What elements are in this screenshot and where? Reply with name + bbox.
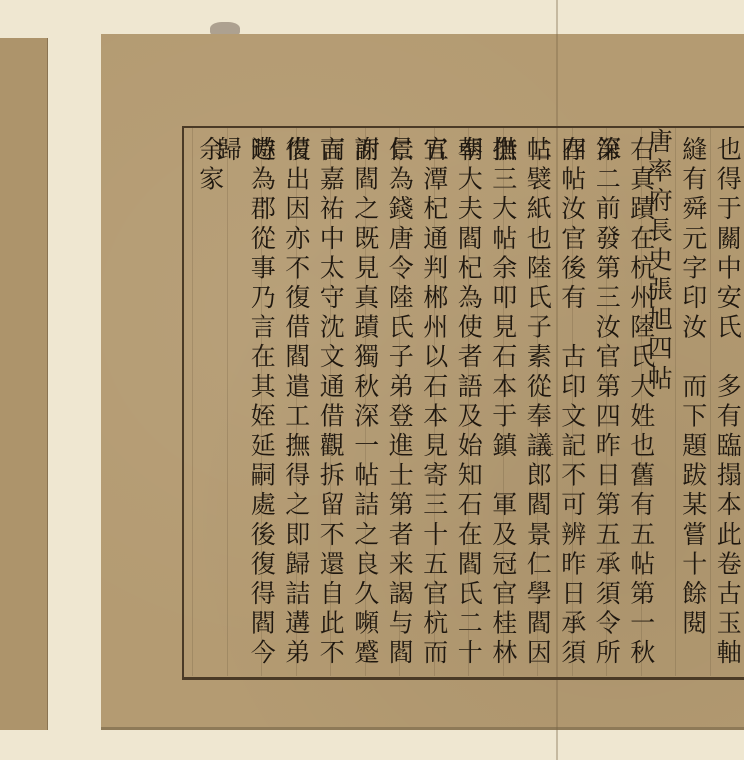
text-columns: 也得于關中安氏 多有臨搨本此卷古玉軸 縫有舜元字印汝 而下題跋某嘗十餘閱 唐率府… <box>186 128 744 676</box>
text-column: 右真蹟在杭州陸氏大姓也舊有五帖第一秋深 <box>606 128 641 676</box>
title-column: 唐率府長史張旭四帖 <box>641 128 676 676</box>
adjacent-scroll-panel <box>0 38 48 730</box>
document-title: 唐率府長史張旭四帖 <box>641 128 675 394</box>
column-text: 縫有舜元字印汝 而下題跋某嘗十餘閱 <box>676 136 710 639</box>
text-column: 也得于關中安氏 多有臨搨本此卷古玉軸 <box>710 128 744 676</box>
column-text: 也得于關中安氏 多有臨搨本此卷古玉軸 <box>710 136 744 669</box>
text-column: 縫有舜元字印汝 而下題跋某嘗十餘閱 <box>675 128 710 676</box>
page-number-mark: 三 <box>540 440 554 460</box>
